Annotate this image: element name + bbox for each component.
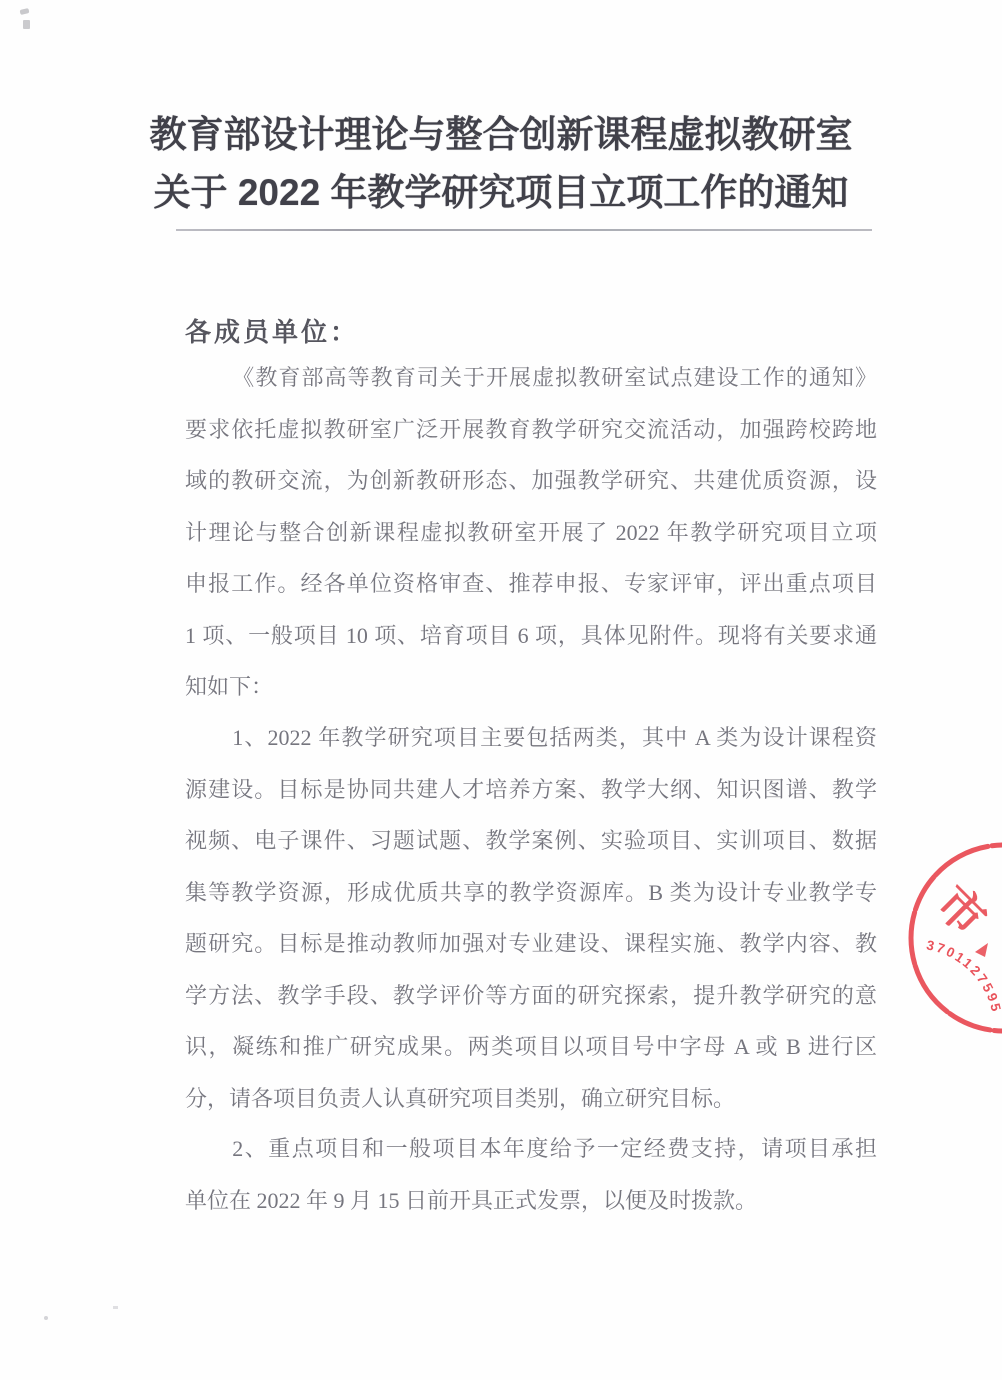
scan-artifact — [113, 1306, 118, 1309]
title-line-2: 关于 2022 年教学研究项目立项工作的通知 — [0, 164, 1002, 222]
body-line: 分，请各项目负责人认真研究项目类别，确立研究目标。 — [185, 1073, 877, 1125]
scanned-document-page: 教育部设计理论与整合创新课程虚拟教研室 关于 2022 年教学研究项目立项工作的… — [0, 0, 1002, 1380]
seal-star-tip — [975, 943, 988, 957]
body-line: 单位在 2022 年 9 月 15 日前开具正式发票，以便及时拨款。 — [185, 1175, 877, 1227]
body-line: 要求依托虚拟教研室广泛开展教育教学研究交流活动，加强跨校跨地 — [185, 404, 877, 456]
body-line: 1、2022 年教学研究项目主要包括两类，其中 A 类为设计课程资 — [185, 712, 877, 764]
scan-artifact — [23, 20, 30, 29]
body-line: 题研究。目标是推动教师加强对专业建设、课程实施、教学内容、教 — [185, 918, 877, 970]
title-divider-rule — [176, 229, 872, 231]
official-seal-stamp: 3701127595332 市 — [880, 830, 1002, 1070]
body-line: 知如下： — [185, 661, 877, 713]
body-line: 域的教研交流，为创新教研形态、加强教学研究、共建优质资源，设 — [185, 455, 877, 507]
body-line: 2、重点项目和一般项目本年度给予一定经费支持，请项目承担 — [185, 1123, 877, 1175]
seal-inner-character: 市 — [927, 876, 996, 945]
body-line: 申报工作。经各单位资格审查、推荐申报、专家评审，评出重点项目 — [185, 558, 877, 610]
scan-artifact — [20, 8, 30, 15]
body-line: 1 项、一般项目 10 项、培育项目 6 项，具体见附件。现将有关要求通 — [185, 610, 877, 662]
paragraph-item-2: 2、重点项目和一般项目本年度给予一定经费支持，请项目承担 单位在 2022 年 … — [185, 1123, 877, 1226]
salutation: 各成员单位： — [185, 312, 359, 349]
body-line: 学方法、教学手段、教学评价等方面的研究探索，提升教学研究的意 — [185, 970, 877, 1022]
title-line-1: 教育部设计理论与整合创新课程虚拟教研室 — [0, 106, 1002, 164]
body-line: 集等教学资源，形成优质共享的教学资源库。B 类为设计专业教学专 — [185, 867, 877, 919]
scan-artifact — [44, 1316, 48, 1320]
body-line: 视频、电子课件、习题试题、教学案例、实验项目、实训项目、数据 — [185, 815, 877, 867]
paragraph-item-1: 1、2022 年教学研究项目主要包括两类，其中 A 类为设计课程资 源建设。目标… — [185, 712, 877, 1124]
body-line: 识，凝练和推广研究成果。两类项目以项目号中字母 A 或 B 进行区 — [185, 1021, 877, 1073]
body-line: 源建设。目标是协同共建人才培养方案、教学大纲、知识图谱、教学 — [185, 764, 877, 816]
body-line: 《教育部高等教育司关于开展虚拟教研室试点建设工作的通知》 — [185, 352, 877, 404]
body-line: 计理论与整合创新课程虚拟教研室开展了 2022 年教学研究项目立项 — [185, 507, 877, 559]
document-title: 教育部设计理论与整合创新课程虚拟教研室 关于 2022 年教学研究项目立项工作的… — [0, 106, 1002, 222]
paragraph-intro: 《教育部高等教育司关于开展虚拟教研室试点建设工作的通知》 要求依托虚拟教研室广泛… — [185, 352, 877, 713]
